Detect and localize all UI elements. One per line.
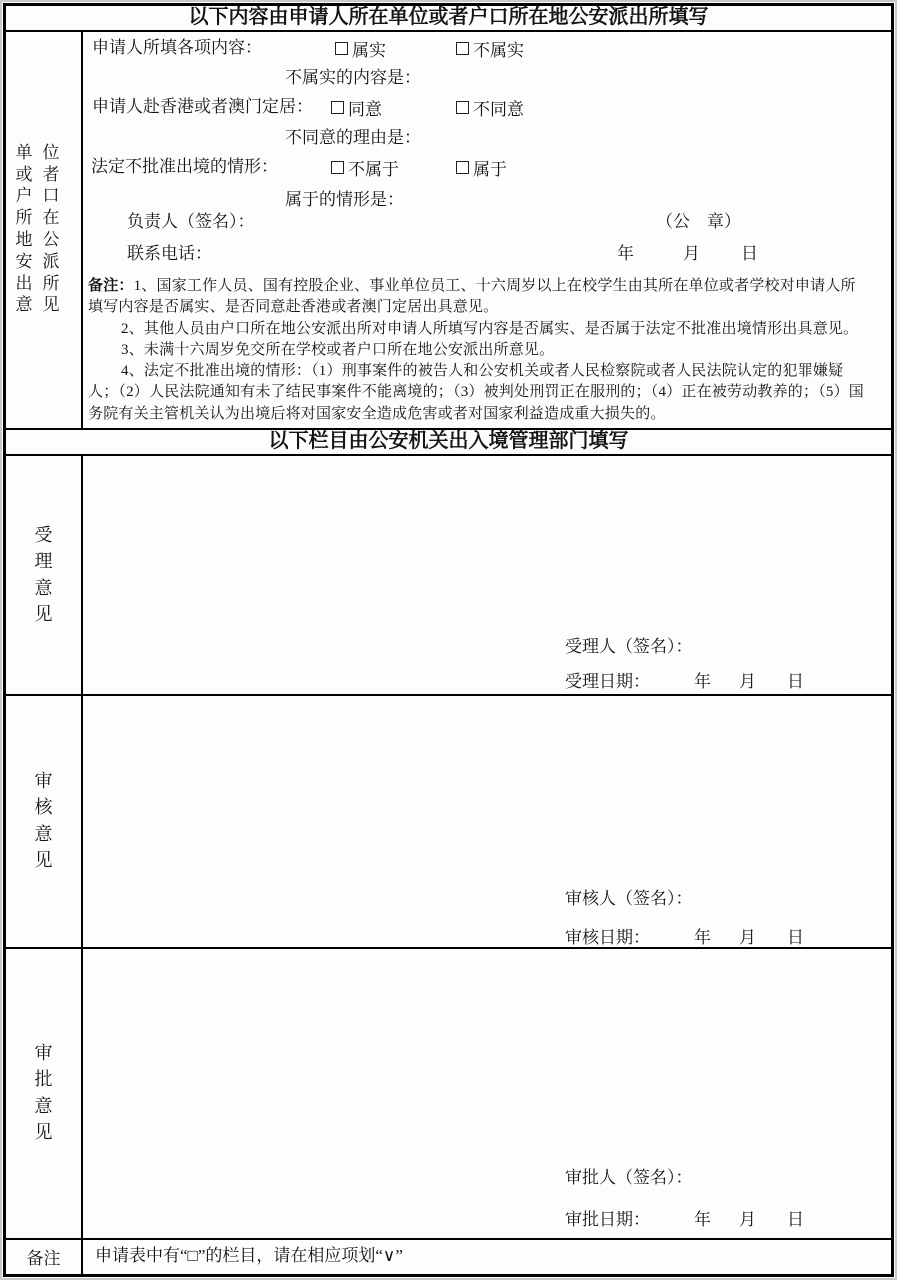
option-agree: 同意: [331, 96, 382, 118]
date-unit-year: 年: [694, 1210, 711, 1230]
checkbox-true[interactable]: [335, 42, 348, 55]
label-approver-signature: 审批人（签名）：: [565, 1168, 693, 1188]
date-unit-month: 月: [739, 672, 756, 692]
date-unit-year: 年: [694, 672, 711, 692]
side-label-acceptance-opinion: 受理意见: [33, 522, 55, 628]
label-head-signature: 负责人（签名）：: [127, 211, 255, 233]
footer-remark-text: 申请表中有“□”的栏目，请在相应项划“∨”: [95, 1246, 403, 1266]
label-settle-hk-macau: 申请人赴香港或者澳门定居：: [92, 96, 313, 118]
remarks-line: 人；（2）人民法院通知有未了结民事案件不能离境的；（3）被判处刑罚正在服刑的；（…: [88, 382, 892, 403]
date-unit-month: 月: [739, 1210, 756, 1230]
approval-opinion-area[interactable]: [83, 949, 888, 1237]
review-opinion-area[interactable]: [83, 696, 888, 946]
checkbox-disagree[interactable]: [456, 101, 469, 114]
footer-remark-label: 备注: [6, 1238, 81, 1274]
option-belong: 属于: [456, 156, 507, 178]
label-acceptance-date: 受理日期：: [565, 672, 650, 692]
label-review-date: 审核日期：: [565, 928, 650, 948]
date-unit-day: 日: [787, 672, 804, 692]
date-unit-year: 年: [694, 928, 711, 948]
label-legal-no-exit: 法定不批准出境的情形：: [91, 156, 278, 178]
application-form-page: 以下内容由申请人所在单位或者户口所在地公安派出所填写 以下栏目由公安机关出入境管…: [0, 0, 897, 1280]
checkbox-label: 不属于: [348, 155, 399, 180]
remarks-line: 2、其他人员由户口所在地公安派出所对申请人所填写内容是否属实、是否属于法定不批准…: [88, 319, 892, 340]
label-reviewer-signature: 审核人（签名）：: [565, 889, 693, 909]
remarks-prefix: 备注：: [88, 278, 134, 294]
remarks-line: 3、未满十六周岁免交所在学校或者户口所在地公安派出所意见。: [88, 340, 892, 361]
date-unit-month: 月: [739, 928, 756, 948]
remarks-line: 备注：1、国家工作人员、国有控股企业、事业单位员工、十六周岁以上在校学生由其所在…: [88, 276, 892, 297]
side-label-approval-opinion: 审批意见: [33, 1040, 55, 1146]
checkbox-label: 不同意: [473, 95, 524, 120]
remarks-line: 4、法定不批准出境的情形：（1）刑事案件的被告人和公安机关或者人民检察院或者人民…: [88, 361, 892, 382]
checkbox-belong[interactable]: [456, 161, 469, 174]
table-border: [6, 1238, 891, 1240]
label-untrue-content-is: 不属实的内容是：: [285, 67, 421, 89]
checkbox-label: 不属实: [473, 36, 524, 61]
option-disagree: 不同意: [456, 96, 524, 118]
side-label-unit-police-opinion: 单位或者户口所在地公安派出所意见: [16, 142, 72, 316]
checkbox-not-belong[interactable]: [331, 161, 344, 174]
date-unit-year: 年: [617, 244, 634, 264]
label-contact-phone: 联系电话：: [127, 243, 212, 265]
unit-section-remarks: 备注：1、国家工作人员、国有控股企业、事业单位员工、十六周岁以上在校学生由其所在…: [88, 276, 892, 425]
header-unit-police-section: 以下内容由申请人所在单位或者户口所在地公安派出所填写: [6, 5, 891, 30]
table-border: [81, 30, 83, 428]
label-applicant-content: 申请人所填各项内容：: [92, 37, 262, 59]
option-true: 属实: [335, 37, 386, 59]
checkbox-label: 同意: [348, 95, 382, 120]
date-unit-day: 日: [787, 1210, 804, 1230]
option-untrue: 不属实: [456, 37, 524, 59]
date-unit-day: 日: [741, 244, 758, 264]
side-label-cell: 受理意见: [6, 455, 81, 694]
header-exit-entry-admin-section: 以下栏目由公安机关出入境管理部门填写: [6, 429, 891, 454]
remarks-line: 填写内容是否属实、是否同意赴香港或者澳门定居出具意见。: [88, 297, 892, 318]
checkbox-untrue[interactable]: [456, 42, 469, 55]
side-label-review-opinion: 审核意见: [33, 768, 55, 874]
label-belong-case-is: 属于的情形是：: [285, 189, 404, 211]
remarks-line: 务院有关主管机关认为出境后将对国家安全造成危害或者对国家利益造成重大损失的。: [88, 404, 892, 425]
label-acceptor-signature: 受理人（签名）：: [565, 637, 693, 657]
checkbox-agree[interactable]: [331, 101, 344, 114]
checkbox-label: 属实: [352, 36, 386, 61]
side-label-cell: 审核意见: [6, 694, 81, 947]
side-label-cell: 审批意见: [6, 947, 81, 1238]
date-unit-day: 日: [787, 928, 804, 948]
table-border: [6, 30, 891, 32]
checkbox-label: 属于: [473, 155, 507, 180]
label-disagree-reason-is: 不同意的理由是：: [285, 127, 421, 149]
label-official-seal: （公 章）: [656, 211, 741, 233]
side-label-cell: 单位或者户口所在地公安派出所意见: [6, 30, 81, 428]
date-unit-month: 月: [683, 244, 700, 264]
option-not-belong: 不属于: [331, 156, 399, 178]
acceptance-opinion-area[interactable]: [83, 456, 888, 693]
label-approval-date: 审批日期：: [565, 1210, 650, 1230]
